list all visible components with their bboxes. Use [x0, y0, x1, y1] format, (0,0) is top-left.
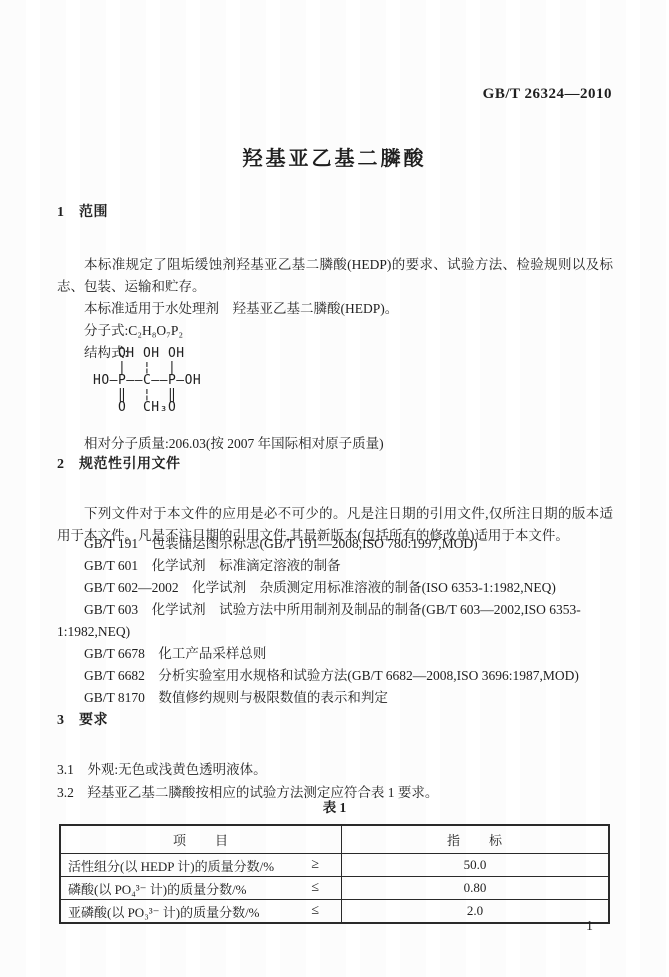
references-list: GB/T 191 包装储运图示标志(GB/T 191—2008,ISO 780:… [57, 533, 613, 709]
column-header-spec: 指 标 [342, 825, 610, 854]
molar-mass-line: 相对分子质量:206.03(按 2007 年国际相对原子质量) [57, 433, 613, 455]
item-name: 活性组分(以 HEDP 计)的质量分数/% [68, 856, 274, 875]
relation-symbol: ≤ [311, 903, 319, 919]
section-2-heading: 2 规范性引用文件 [57, 453, 181, 473]
reference-item: GB/T 6678 化工产品采样总则 [57, 643, 613, 665]
document-title: 羟基亚乙基二膦酸 [0, 142, 669, 171]
spec-value: 2.0 [342, 900, 610, 924]
reference-item: GB/T 603 化学试剂 试验方法中所用制剂及制品的制备(GB/T 603—2… [57, 599, 613, 643]
spec-value: 50.0 [342, 854, 610, 877]
reference-item: GB/T 6682 分析实验室用水规格和试验方法(GB/T 6682—2008,… [57, 665, 613, 687]
document-page: GB/T 26324—2010 羟基亚乙基二膦酸 1 范围 本标准规定了阻垢缓蚀… [0, 0, 669, 977]
spec-value: 0.80 [342, 877, 610, 900]
table-row: 亚磷酸(以 PO₃³⁻ 计)的质量分数/% ≤ 2.0 [60, 900, 609, 924]
relation-symbol: ≤ [311, 880, 319, 896]
table-1-caption: 表 1 [0, 796, 669, 816]
reference-item: GB/T 8170 数值修约规则与极限数值的表示和判定 [57, 687, 613, 709]
reference-item: GB/T 191 包装储运图示标志(GB/T 191—2008,ISO 780:… [57, 533, 613, 555]
requirements-table: 项 目 指 标 活性组分(以 HEDP 计)的质量分数/% ≥ 50.0 磷酸(… [59, 824, 610, 924]
column-header-item: 项 目 [60, 825, 342, 854]
reference-item: GB/T 601 化学试剂 标准滴定溶液的制备 [57, 555, 613, 577]
molecular-formula: 分子式:C₂H₈O₇P₂ [57, 320, 613, 342]
reference-item: GB/T 602—2002 化学试剂 杂质测定用标准溶液的制备(ISO 6353… [57, 577, 613, 599]
scope-paragraph-1: 本标准规定了阻垢缓蚀剂羟基亚乙基二膦酸(HEDP)的要求、试验方法、检验规则以及… [57, 254, 613, 298]
item-name: 磷酸(以 PO₄³⁻ 计)的质量分数/% [68, 879, 247, 898]
scope-paragraph-2: 本标准适用于水处理剂 羟基亚乙基二膦酸(HEDP)。 [57, 298, 613, 320]
relation-symbol: ≥ [311, 857, 319, 873]
item-name: 亚磷酸(以 PO₃³⁻ 计)的质量分数/% [68, 902, 260, 921]
standard-number: GB/T 26324—2010 [483, 86, 612, 103]
table-row: 活性组分(以 HEDP 计)的质量分数/% ≥ 50.0 [60, 854, 609, 877]
page-number: 1 [586, 919, 593, 935]
section-3-heading: 3 要求 [57, 709, 108, 729]
table-row: 磷酸(以 PO₄³⁻ 计)的质量分数/% ≤ 0.80 [60, 877, 609, 900]
requirement-3-1: 3.1 外观:无色或浅黄色透明液体。 [57, 759, 613, 781]
table-header-row: 项 目 指 标 [60, 825, 609, 854]
section-1-heading: 1 范围 [57, 201, 108, 221]
structural-formula-diagram: OH OH OH | ¦ | HO—P——C——P—OH ‖ ¦ ‖ O CH₃… [93, 347, 201, 415]
